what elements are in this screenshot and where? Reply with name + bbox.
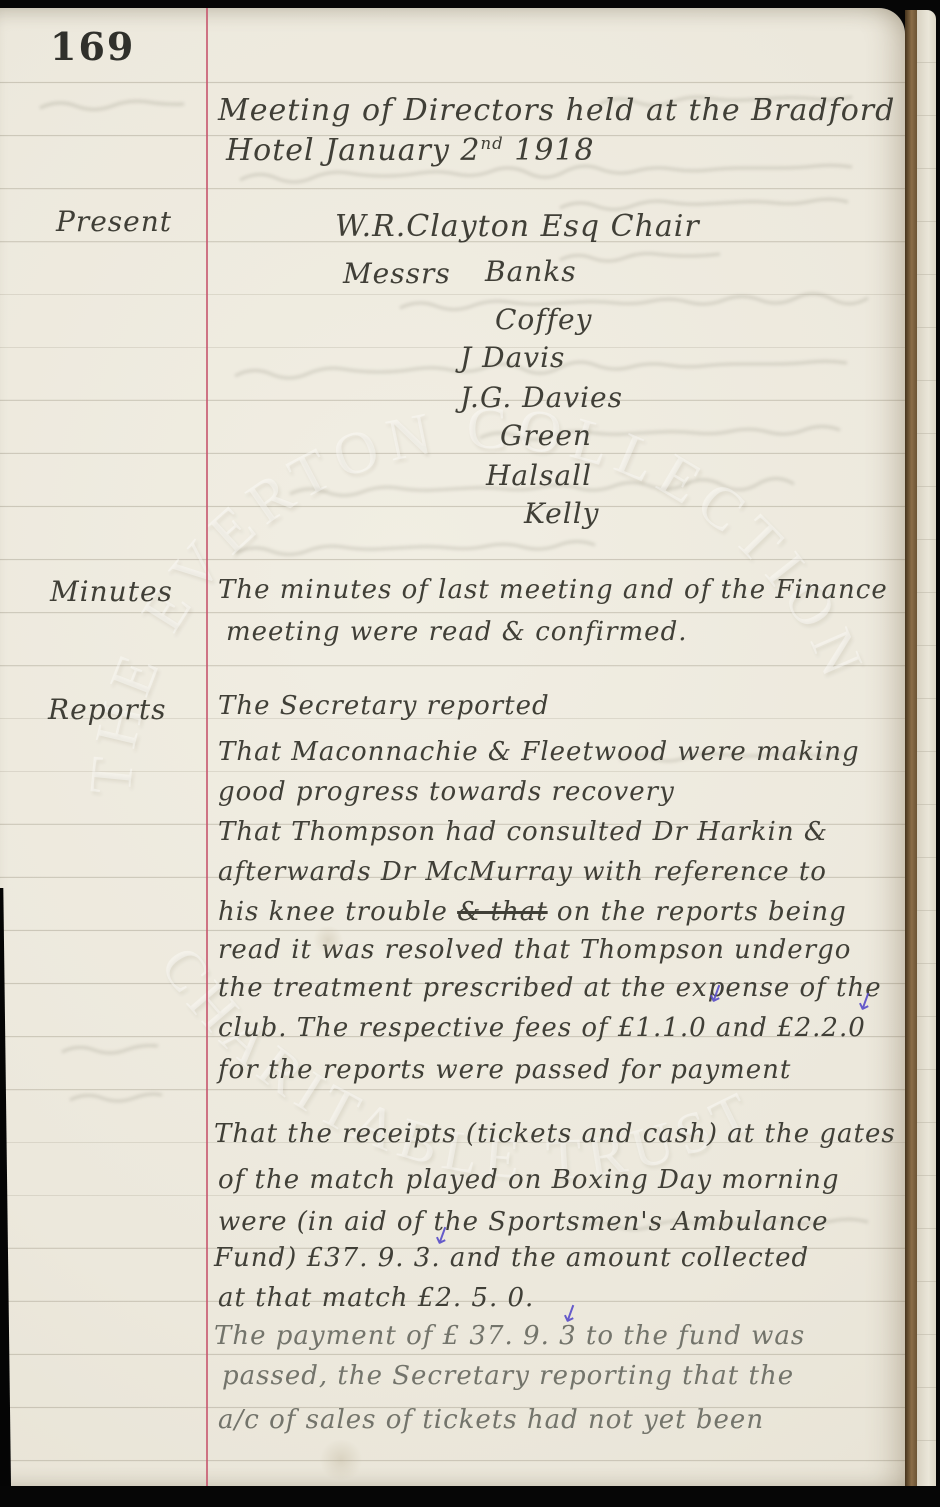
report-line-pencil: The payment of £ 37. 9. 3 to the fund wa…	[214, 1320, 805, 1353]
report-line: club. The respective fees of £1.1.0 and …	[218, 1012, 866, 1045]
report-line: The Secretary reported	[218, 690, 550, 723]
attendee-name: J Davis	[460, 340, 565, 375]
heading-line-1: Meeting of Directors held at the Bradfor…	[218, 92, 895, 130]
report-line: of the match played on Boxing Day mornin…	[218, 1164, 840, 1197]
minutes-line: The minutes of last meeting and of the F…	[218, 574, 888, 607]
attendee-chairman: W.R.Clayton Esq Chair	[335, 208, 700, 246]
paper-stain	[312, 926, 344, 954]
report-line: good progress towards recovery	[218, 776, 675, 809]
attendee-name: Banks	[485, 254, 577, 289]
report-line-with-strikethrough: his knee trouble & that on the reports b…	[218, 896, 847, 929]
adjacent-page-edge	[905, 10, 936, 1486]
report-line-pencil: passed, the Secretary reporting that the	[222, 1360, 794, 1393]
strike-pre-text: his knee trouble	[218, 897, 457, 927]
heading-line-2: Hotel January 2nd 1918	[226, 132, 595, 170]
margin-label-reports: Reports	[48, 692, 166, 727]
next-page-paper-edge	[917, 10, 936, 1486]
heading-date: Hotel January 2	[226, 133, 481, 168]
attendee-name: Green	[500, 418, 592, 453]
minute-book-page: THE EVERTON COLLECTION CHARITABLE TRUST …	[0, 8, 905, 1486]
scanned-minute-book-photo: THE EVERTON COLLECTION CHARITABLE TRUST …	[0, 0, 940, 1507]
attendee-name: Coffey	[495, 302, 592, 337]
attendee-name: J.G. Davies	[460, 380, 623, 415]
margin-label-present: Present	[56, 204, 172, 239]
report-line: for the reports were passed for payment	[218, 1054, 791, 1087]
struck-out-text: & that	[457, 897, 548, 927]
report-line: were (in aid of the Sportsmen's Ambulanc…	[218, 1206, 829, 1239]
attendee-name: Kelly	[524, 496, 599, 531]
report-line: the treatment prescribed at the expense …	[218, 972, 882, 1005]
report-line: That Thompson had consulted Dr Harkin &	[218, 816, 828, 849]
book-gutter	[905, 10, 917, 1486]
report-line: at that match £2. 5. 0.	[218, 1282, 534, 1315]
heading-year: 1918	[504, 133, 595, 168]
attendee-name: Halsall	[486, 458, 592, 493]
messrs-label: Messrs	[343, 256, 451, 291]
paper-stain	[318, 1440, 364, 1480]
page-number: 169	[50, 24, 135, 69]
heading-date-ordinal: nd	[481, 134, 504, 153]
margin-rule-line	[206, 8, 208, 1486]
report-line: That the receipts (tickets and cash) at …	[214, 1118, 896, 1151]
report-line-pencil: a/c of sales of tickets had not yet been	[218, 1404, 764, 1437]
report-line: Fund) £37. 9. 3. and the amount collecte…	[214, 1242, 809, 1275]
minutes-line: meeting were read & confirmed.	[226, 616, 687, 649]
strike-post-text: on the reports being	[548, 897, 847, 927]
report-line: afterwards Dr McMurray with reference to	[218, 856, 827, 889]
margin-label-minutes: Minutes	[50, 574, 173, 609]
report-line: That Maconnachie & Fleetwood were making	[218, 736, 860, 769]
